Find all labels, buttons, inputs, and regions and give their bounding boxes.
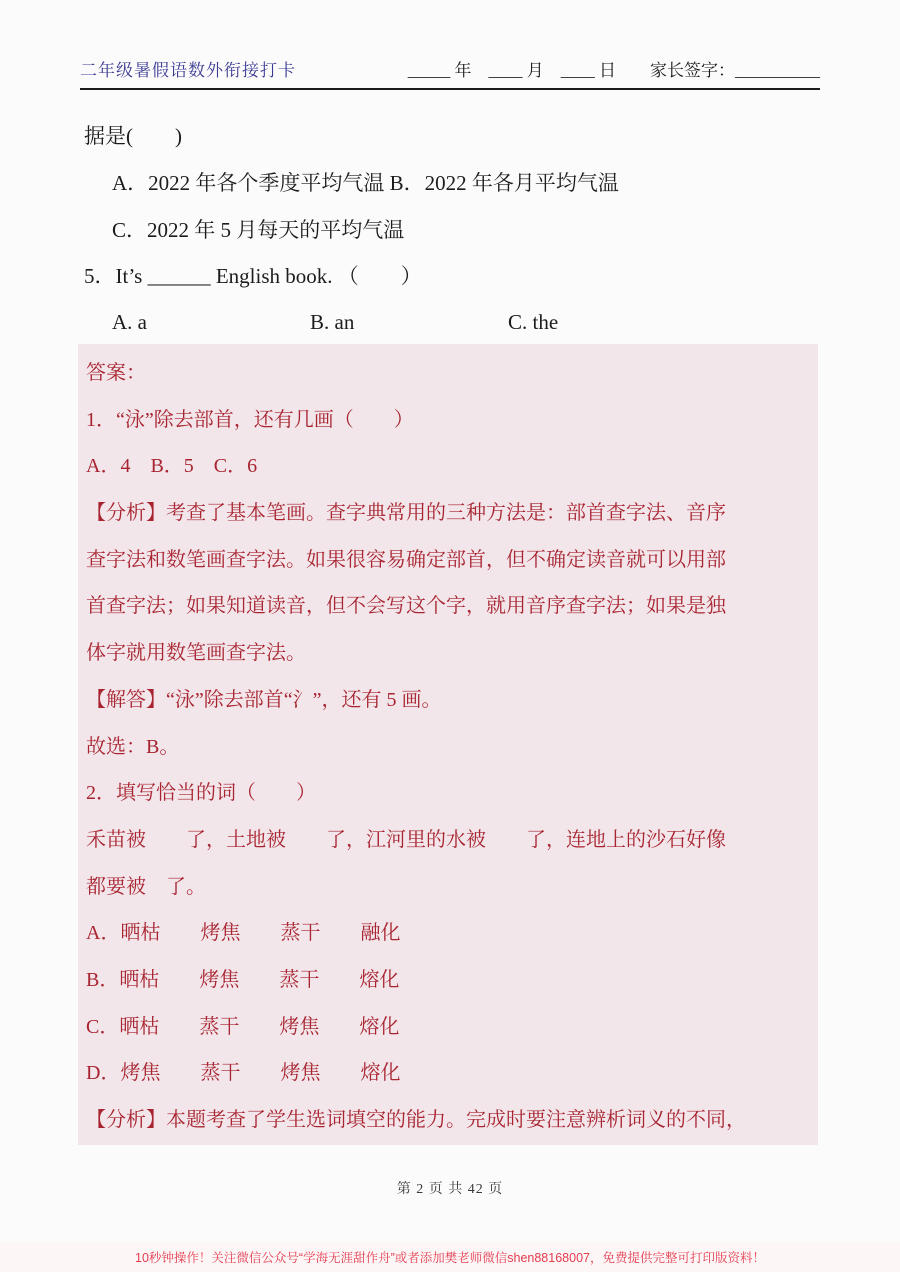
question5-options-row: A. a B. an C. the — [112, 310, 706, 335]
document-page: 二年级暑假语数外衔接打卡 _____ 年 ____ 月 ____ 日 家长签字：… — [0, 0, 900, 1272]
answer-heading: 答案： — [86, 350, 810, 397]
answer-box: 答案： 1．“泳”除去部首，还有几画（ ） A．4 B．5 C．6 【分析】考查… — [78, 344, 818, 1145]
answer-q1-choice: 故选：B。 — [86, 724, 810, 771]
answer-q1-analysis-line2: 查字法和数笔画查字法。如果很容易确定部首，但不确定读音就可以用部 — [86, 537, 810, 584]
answer-q2-option-a: A．晒枯 烤焦 蒸干 融化 — [86, 910, 810, 957]
answer-q2-sentence-line1: 禾苗被 了，土地被 了，江河里的水被 了，连地上的沙石好像 — [86, 817, 810, 864]
answer-q1-solution: 【解答】“泳”除去部首“氵”，还有 5 画。 — [86, 677, 810, 724]
answer-q2-text: 2．填写恰当的词（ ） — [86, 770, 810, 817]
question-cutoff-line: 据是( ) — [84, 120, 182, 150]
question4-option-c: C．2022 年 5 月每天的平均气温 — [112, 214, 404, 244]
answer-q1-analysis-line1: 【分析】考查了基本笔画。查字典常用的三种方法是：部首查字法、音序 — [86, 490, 810, 537]
question5-option-c: C. the — [508, 310, 706, 335]
question5-option-a: A. a — [112, 310, 310, 335]
header-title: 二年级暑假语数外衔接打卡 — [80, 56, 296, 81]
signature-blank: __________ — [735, 61, 820, 80]
answer-q1-analysis-line3: 首查字法；如果知道读音，但不会写这个字，就用音序查字法；如果是独 — [86, 583, 810, 630]
answer-q2-option-c: C．晒枯 蒸干 烤焦 熔化 — [86, 1004, 810, 1051]
question5-text: 5．It’s ______ English book. （ ） — [84, 260, 422, 290]
promo-text: 10秒钟操作！关注微信公众号“学海无涯甜作舟”或者添加樊老师微信shen8816… — [135, 1248, 765, 1266]
answer-q1-text: 1．“泳”除去部首，还有几画（ ） — [86, 397, 810, 444]
header-date-signature: _____ 年 ____ 月 ____ 日 家长签字：__________ — [408, 56, 820, 81]
answer-q1-analysis-line4: 体字就用数笔画查字法。 — [86, 630, 810, 677]
answer-q2-analysis-line1: 【分析】本题考查了学生选词填空的能力。完成时要注意辨析词义的不同， — [86, 1097, 810, 1144]
answer-q2-sentence-line2: 都要被 了。 — [86, 864, 810, 911]
answer-q2-option-d: D．烤焦 蒸干 烤焦 熔化 — [86, 1050, 810, 1097]
page-header: 二年级暑假语数外衔接打卡 _____ 年 ____ 月 ____ 日 家长签字：… — [80, 56, 820, 90]
page-number: 第 2 页 共 42 页 — [0, 1178, 900, 1198]
answer-q2-option-b: B．晒枯 烤焦 蒸干 熔化 — [86, 957, 810, 1004]
promo-banner: 10秒钟操作！关注微信公众号“学海无涯甜作舟”或者添加樊老师微信shen8816… — [0, 1242, 900, 1272]
question5-option-b: B. an — [310, 310, 508, 335]
answer-q1-options: A．4 B．5 C．6 — [86, 443, 810, 490]
parent-signature-label: 家长签字： — [616, 61, 735, 80]
date-blanks: _____ 年 ____ 月 ____ 日 — [408, 61, 616, 80]
question4-options-ab: A．2022 年各个季度平均气温 B．2022 年各月平均气温 — [112, 167, 619, 197]
